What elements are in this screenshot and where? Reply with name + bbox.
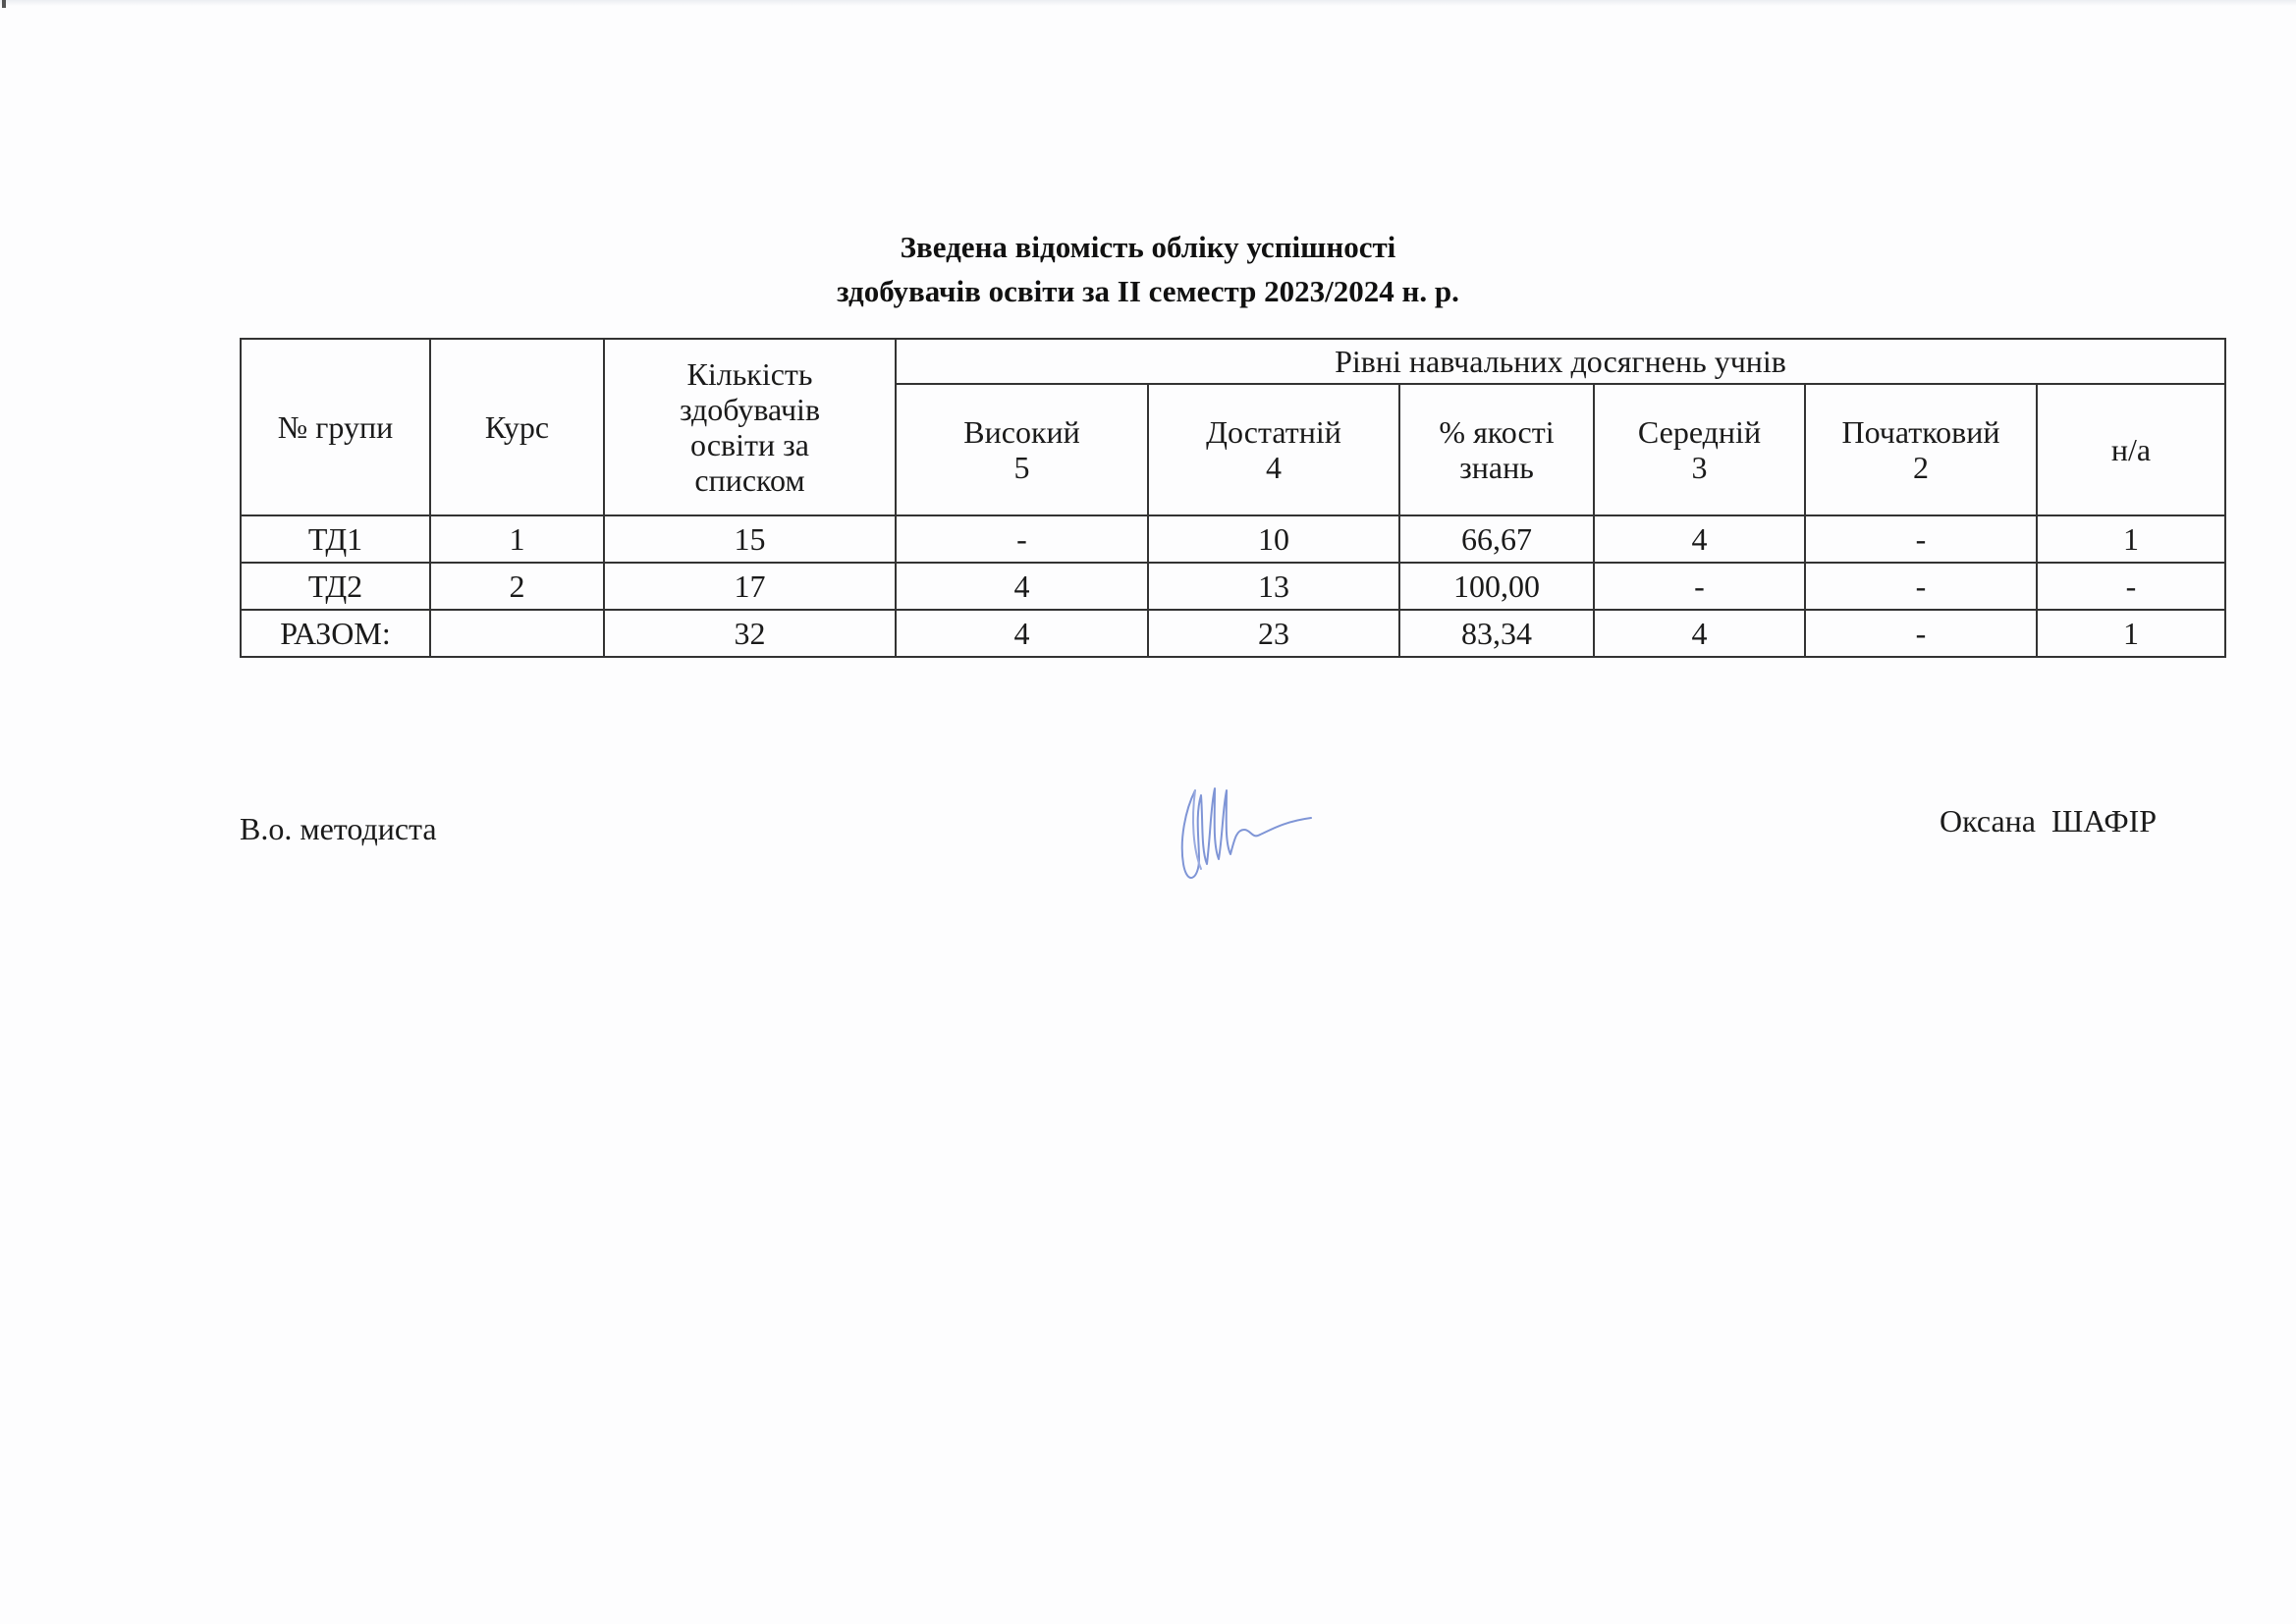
cell-high: 4 xyxy=(896,563,1148,610)
cell-quality: 66,67 xyxy=(1399,515,1594,563)
scan-edge-artifact xyxy=(0,0,2296,6)
title-line-2: здобувачів освіти за ІІ семестр 2023/202… xyxy=(0,269,2296,313)
signatory-position: В.о. методиста xyxy=(240,811,437,847)
header-quality: % якості знань xyxy=(1399,384,1594,515)
header-group: № групи xyxy=(241,339,430,515)
cell-sufficient: 13 xyxy=(1148,563,1399,610)
cell-course: 1 xyxy=(430,515,604,563)
header-medium: Середній 3 xyxy=(1594,384,1805,515)
header-sufficient: Достатній 4 xyxy=(1148,384,1399,515)
cell-group: ТД2 xyxy=(241,563,430,610)
scan-mark xyxy=(2,0,6,8)
table-row: ТД1 1 15 - 10 66,67 4 - 1 xyxy=(241,515,2225,563)
table-row: ТД2 2 17 4 13 100,00 - - - xyxy=(241,563,2225,610)
header-high: Високий 5 xyxy=(896,384,1148,515)
cell-medium: 4 xyxy=(1594,610,1805,657)
cell-high: 4 xyxy=(896,610,1148,657)
cell-quality: 100,00 xyxy=(1399,563,1594,610)
cell-count: 15 xyxy=(604,515,896,563)
cell-group: ТД1 xyxy=(241,515,430,563)
cell-course: 2 xyxy=(430,563,604,610)
cell-count: 17 xyxy=(604,563,896,610)
cell-high: - xyxy=(896,515,1148,563)
cell-initial: - xyxy=(1805,515,2037,563)
handwritten-signature xyxy=(1174,771,1316,889)
cell-total-label: РАЗОМ: xyxy=(241,610,430,657)
table-total-row: РАЗОМ: 32 4 23 83,34 4 - 1 xyxy=(241,610,2225,657)
header-levels-group: Рівні навчальних досягнень учнів xyxy=(896,339,2225,384)
header-course: Курс xyxy=(430,339,604,515)
cell-medium: - xyxy=(1594,563,1805,610)
cell-na: - xyxy=(2037,563,2225,610)
signatory-name: Оксана ШАФІР xyxy=(1940,803,2157,839)
cell-na: 1 xyxy=(2037,515,2225,563)
cell-initial: - xyxy=(1805,563,2037,610)
cell-na: 1 xyxy=(2037,610,2225,657)
cell-medium: 4 xyxy=(1594,515,1805,563)
cell-initial: - xyxy=(1805,610,2037,657)
cell-sufficient: 10 xyxy=(1148,515,1399,563)
cell-sufficient: 23 xyxy=(1148,610,1399,657)
header-row-top: № групи Курс Кількість здобувачів освіти… xyxy=(241,339,2225,384)
document-title: Зведена відомість обліку успішності здоб… xyxy=(0,225,2296,313)
cell-course xyxy=(430,610,604,657)
header-initial: Початковий 2 xyxy=(1805,384,2037,515)
header-na: н/а xyxy=(2037,384,2225,515)
cell-quality: 83,34 xyxy=(1399,610,1594,657)
title-line-1: Зведена відомість обліку успішності xyxy=(0,225,2296,269)
header-count: Кількість здобувачів освіти за списком xyxy=(604,339,896,515)
cell-count: 32 xyxy=(604,610,896,657)
performance-summary-table: № групи Курс Кількість здобувачів освіти… xyxy=(240,338,2226,658)
